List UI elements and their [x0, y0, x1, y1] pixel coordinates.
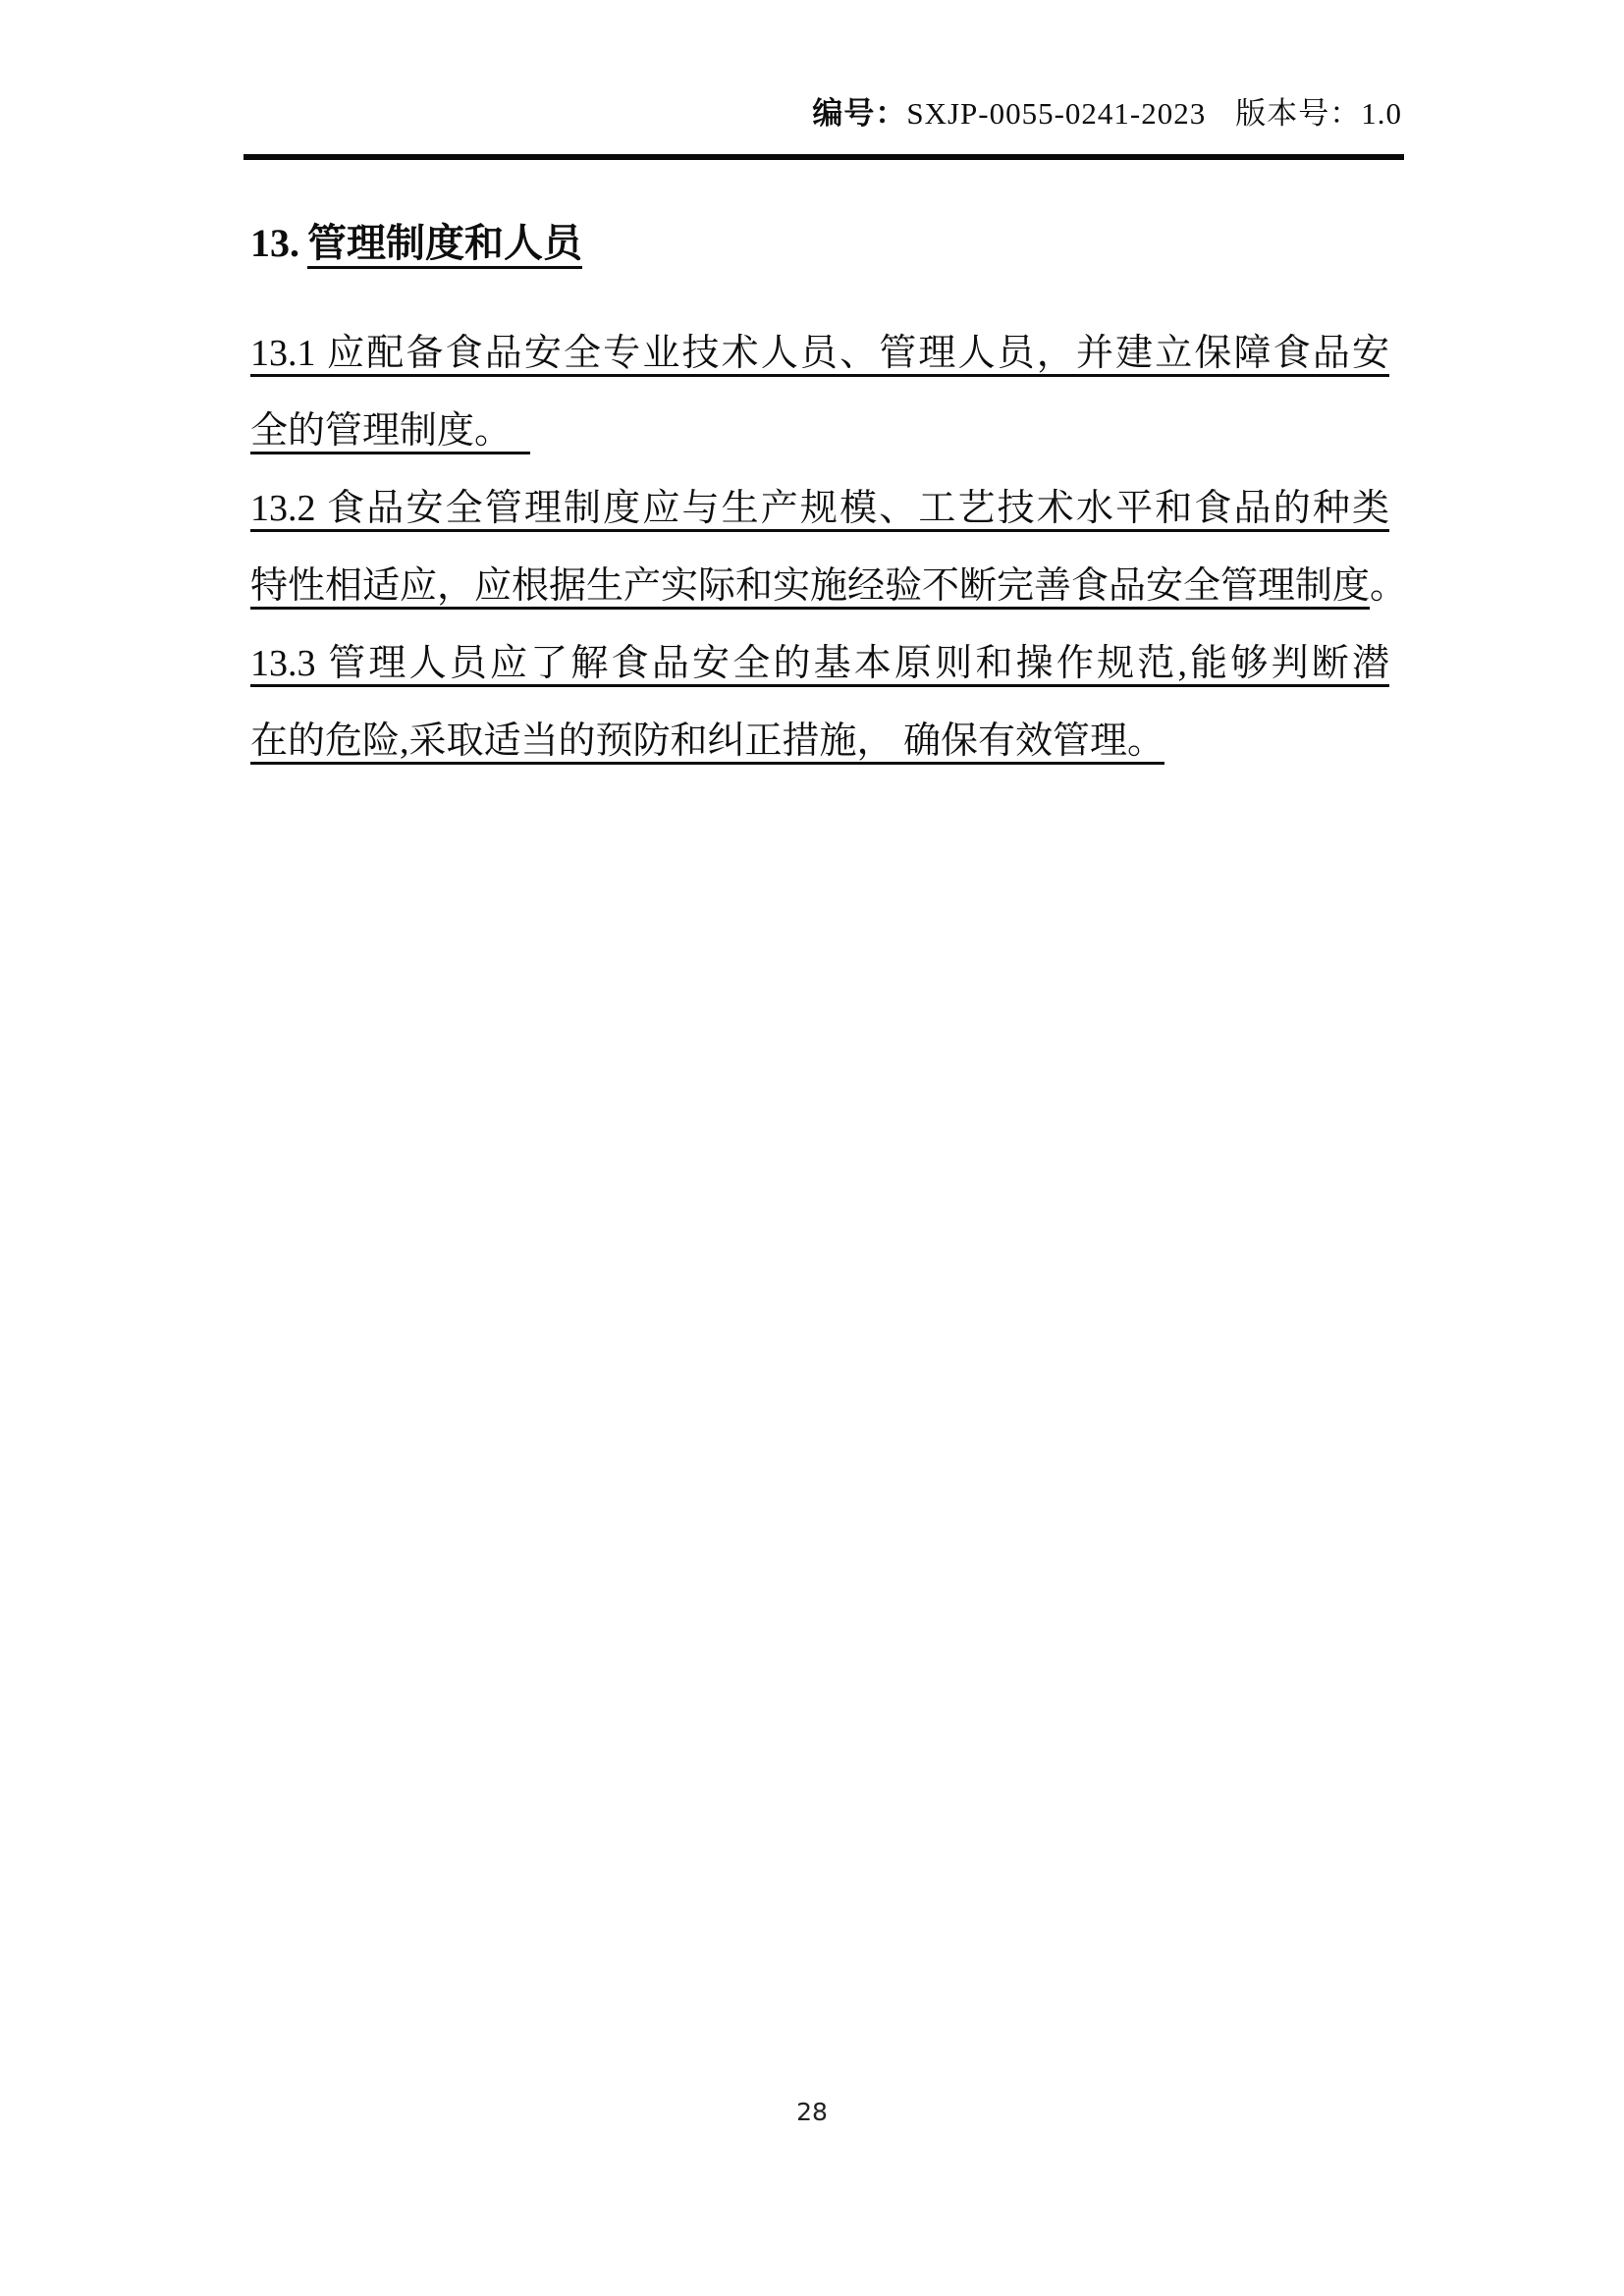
underlined-text: 在的危险,采取适当的预防和纠正措施， 确保有效管理。: [250, 721, 1164, 762]
document-page: 编号：SXJP-0055-0241-2023版本号：1.0 13.管理制度和人员…: [0, 0, 1624, 2296]
underlined-text: 13.3 管理人员应了解食品安全的基本原则和操作规范,能够判断潜: [250, 643, 1389, 684]
doc-number-label: 编号：: [812, 96, 906, 131]
section-number: 13.: [250, 221, 299, 265]
body-line: 全的管理制度。: [250, 393, 1389, 470]
paragraph-13-2: 13.2 食品安全管理制度应与生产规模、工艺技术水平和食品的种类 特性相适应，应…: [250, 470, 1389, 625]
underlined-text: 全的管理制度。: [250, 410, 530, 452]
underlined-text: 13.2 食品安全管理制度应与生产规模、工艺技术水平和食品的种类: [250, 488, 1389, 529]
underlined-text: 特性相适应，应根据生产实际和实施经验不断完善食品安全管理制度: [250, 565, 1370, 607]
document-body: 13.1 应配备食品安全专业技术人员、管理人员，并建立保障食品安 全的管理制度。…: [250, 315, 1389, 780]
paragraph-13-1: 13.1 应配备食品安全专业技术人员、管理人员，并建立保障食品安 全的管理制度。: [250, 315, 1389, 470]
body-line: 在的危险,采取适当的预防和纠正措施， 确保有效管理。: [250, 703, 1389, 780]
header-divider-rule: [244, 154, 1404, 160]
section-title: 管理制度和人员: [307, 221, 582, 265]
plain-text: 。: [1370, 565, 1407, 607]
document-header: 编号：SXJP-0055-0241-2023版本号：1.0: [812, 88, 1402, 133]
doc-number-value: SXJP-0055-0241-2023: [906, 96, 1206, 131]
page-number: 28: [0, 2098, 1624, 2126]
section-heading: 13.管理制度和人员: [250, 212, 582, 268]
paragraph-13-3: 13.3 管理人员应了解食品安全的基本原则和操作规范,能够判断潜 在的危险,采取…: [250, 625, 1389, 780]
body-line: 特性相适应，应根据生产实际和实施经验不断完善食品安全管理制度。: [250, 548, 1389, 625]
version-label: 版本号：: [1235, 96, 1361, 131]
body-line: 13.2 食品安全管理制度应与生产规模、工艺技术水平和食品的种类: [250, 470, 1389, 548]
underlined-text: 13.1 应配备食品安全专业技术人员、管理人员，并建立保障食品安: [250, 333, 1389, 374]
version-value: 1.0: [1361, 96, 1402, 131]
body-line: 13.1 应配备食品安全专业技术人员、管理人员，并建立保障食品安: [250, 315, 1389, 393]
body-line: 13.3 管理人员应了解食品安全的基本原则和操作规范,能够判断潜: [250, 625, 1389, 703]
